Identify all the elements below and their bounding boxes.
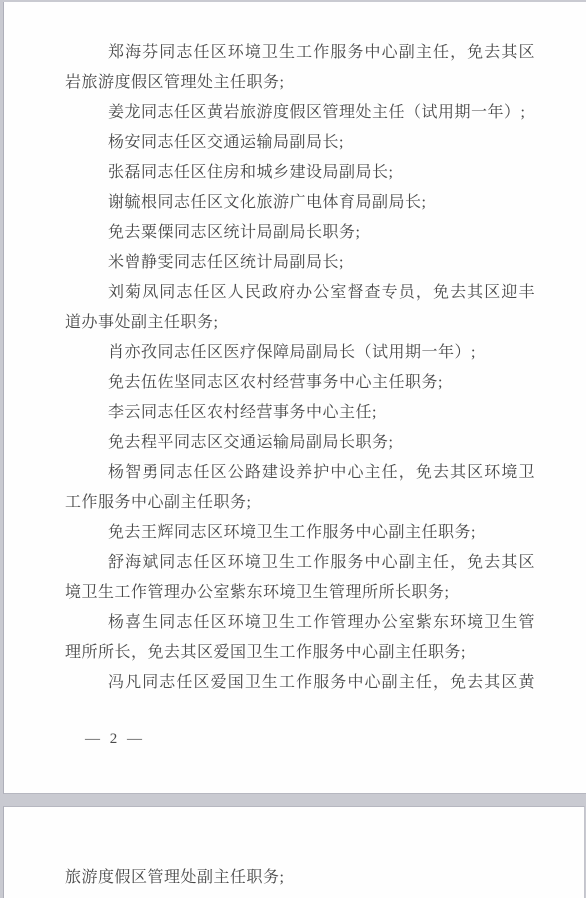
document-page-3: 旅游度假区管理处副主任职务; [3, 806, 585, 898]
document-line: 李云同志任区农村经营事务中心主任; [65, 398, 535, 428]
document-line: 刘菊凤同志任区人民政府办公室督查专员，免去其区迎丰街 [65, 278, 535, 308]
page-number: — 2 — [85, 724, 145, 754]
document-line: 岩旅游度假区管理处主任职务; [65, 68, 535, 98]
page-3-text-block: 旅游度假区管理处副主任职务; [65, 863, 535, 893]
document-line: 旅游度假区管理处副主任职务; [65, 863, 535, 893]
document-viewport: 郑海芬同志任区环境卫生工作服务中心副主任，免去其区黄岩旅游度假区管理处主任职务;… [0, 0, 586, 898]
document-page-2: 郑海芬同志任区环境卫生工作服务中心副主任，免去其区黄岩旅游度假区管理处主任职务;… [3, 2, 586, 794]
document-line: 郑海芬同志任区环境卫生工作服务中心副主任，免去其区黄 [65, 38, 535, 68]
document-line: 肖亦孜同志任区医疗保障局副局长（试用期一年）; [65, 338, 535, 368]
document-line: 免去伍佐坚同志区农村经营事务中心主任职务; [65, 368, 535, 398]
document-line: 工作服务中心副主任职务; [65, 488, 535, 518]
document-line: 免去程平同志区交通运输局副局长职务; [65, 428, 535, 458]
document-line: 理所所长，免去其区爱国卫生工作服务中心副主任职务; [65, 638, 535, 668]
document-line: 境卫生工作管理办公室紫东环境卫生管理所所长职务; [65, 578, 535, 608]
document-line: 米曾静雯同志任区统计局副局长; [65, 248, 535, 278]
document-line: 杨智勇同志任区公路建设养护中心主任，免去其区环境卫生 [65, 458, 535, 488]
document-line: 张磊同志任区住房和城乡建设局副局长; [65, 158, 535, 188]
document-line: 冯凡同志任区爱国卫生工作服务中心副主任，免去其区黄岩 [65, 668, 535, 698]
document-line: 舒海斌同志任区环境卫生工作服务中心副主任，免去其区环 [65, 548, 535, 578]
document-line: 杨喜生同志任区环境卫生工作管理办公室紫东环境卫生管 [65, 608, 535, 638]
document-line: 免去粟傈同志区统计局副局长职务; [65, 218, 535, 248]
document-line: 姜龙同志任区黄岩旅游度假区管理处主任（试用期一年）; [65, 98, 535, 128]
document-line: 杨安同志任区交通运输局副局长; [65, 128, 535, 158]
document-line: 谢毓根同志任区文化旅游广电体育局副局长; [65, 188, 535, 218]
document-line: 免去王辉同志区环境卫生工作服务中心副主任职务; [65, 518, 535, 548]
page-2-text-block: 郑海芬同志任区环境卫生工作服务中心副主任，免去其区黄岩旅游度假区管理处主任职务;… [65, 38, 535, 698]
document-line: 道办事处副主任职务; [65, 308, 535, 338]
